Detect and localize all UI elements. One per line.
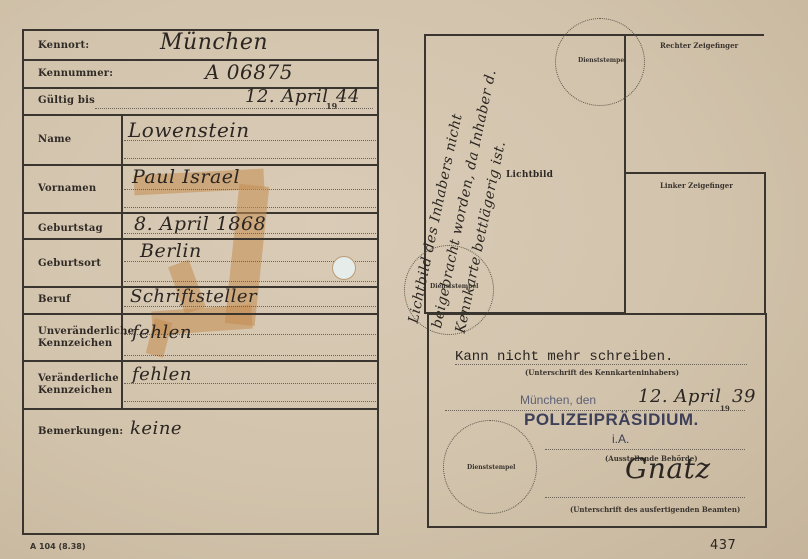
divider [23, 114, 378, 116]
geburtstag-label: Geburtstag [38, 223, 103, 235]
holder-signature-caption: (Unterschrift des Kennkarteninhabers) [525, 368, 679, 377]
dotted-line [124, 334, 376, 335]
beruf-label: Beruf [38, 294, 71, 306]
veraenderliche-kennzeichen-label: Veränderliche Kennzeichen [38, 373, 118, 397]
dotted-line [124, 158, 376, 159]
dotted-line [455, 364, 747, 365]
official-caption: (Unterschrift des ausfertigenden Beamten… [570, 505, 740, 514]
identity-card-scan: Kennort: München Kennummer: A 06875 Gült… [0, 0, 808, 559]
kennort-value: München [160, 30, 268, 55]
top-line [624, 34, 764, 36]
divider [23, 59, 378, 61]
left-finger-label: Linker Zeigefinger [660, 181, 733, 190]
vornamen-label: Vornamen [38, 183, 96, 195]
authority-ia: i.A. [612, 432, 629, 446]
divider [23, 408, 378, 410]
form-code: A 104 (8.38) [30, 542, 86, 551]
kennummer-value: A 06875 [205, 60, 293, 84]
right-edge [764, 172, 766, 315]
dotted-line [545, 497, 745, 498]
paper-hole-damage [332, 256, 356, 280]
geburtsort-value: Berlin [140, 240, 202, 262]
finger-split [625, 172, 765, 174]
unveraenderliche-kennzeichen-value: fehlen [132, 322, 192, 343]
page-number: 437 [710, 538, 736, 553]
dotted-line [124, 140, 376, 141]
unveraenderliche-kennzeichen-label: Unveränderliche Kennzeichen [38, 326, 118, 350]
column-divider [121, 115, 123, 409]
place-date-year: 39 [732, 386, 756, 407]
gueltig-bis-label: Gültig bis [38, 95, 95, 107]
bemerkungen-label: Bemerkungen: [38, 426, 123, 438]
place-date-value: 12. April [638, 386, 722, 407]
beruf-value: Schriftsteller [130, 286, 257, 307]
vornamen-value: Paul Israel [132, 166, 240, 188]
official-signature: Gnatz [625, 452, 711, 485]
kennort-label: Kennort: [38, 40, 89, 52]
divider [23, 313, 378, 315]
veraenderliche-kennzeichen-value: fehlen [132, 364, 192, 385]
gueltig-bis-year: 44 [336, 86, 360, 107]
name-label: Name [38, 134, 71, 146]
name-value: Lowenstein [128, 118, 250, 142]
dotted-line [124, 355, 376, 356]
dienststempel-label-bottom: Dienststempel [467, 464, 515, 471]
dienststempel-label-mid: Dienststempel [430, 283, 478, 290]
dotted-line [124, 401, 376, 402]
dienststempel-label-top: Dienststempel [578, 57, 626, 64]
gueltig-bis-value: 12. April [245, 86, 329, 107]
divider [23, 360, 378, 362]
dotted-line [124, 383, 376, 384]
geburtstag-value: 8. April 1868 [134, 213, 266, 235]
bemerkungen-value: keine [130, 418, 182, 439]
lichtbild-label: Lichtbild [506, 169, 553, 181]
dotted-line [124, 233, 376, 234]
geburtsort-label: Geburtsort [38, 258, 101, 270]
dotted-line [124, 281, 376, 282]
holder-signature-text: Kann nicht mehr schreiben. [455, 349, 673, 365]
right-finger-label: Rechter Zeigefinger [660, 41, 738, 50]
dotted-line [124, 306, 376, 307]
place-date-prefix: München, den [520, 393, 596, 407]
kennummer-label: Kennummer: [38, 68, 113, 80]
dotted-line [545, 449, 745, 450]
authority-stamp: POLIZEIPRÄSIDIUM. [524, 410, 699, 430]
place-date-year-prefix: 19 [720, 404, 730, 413]
